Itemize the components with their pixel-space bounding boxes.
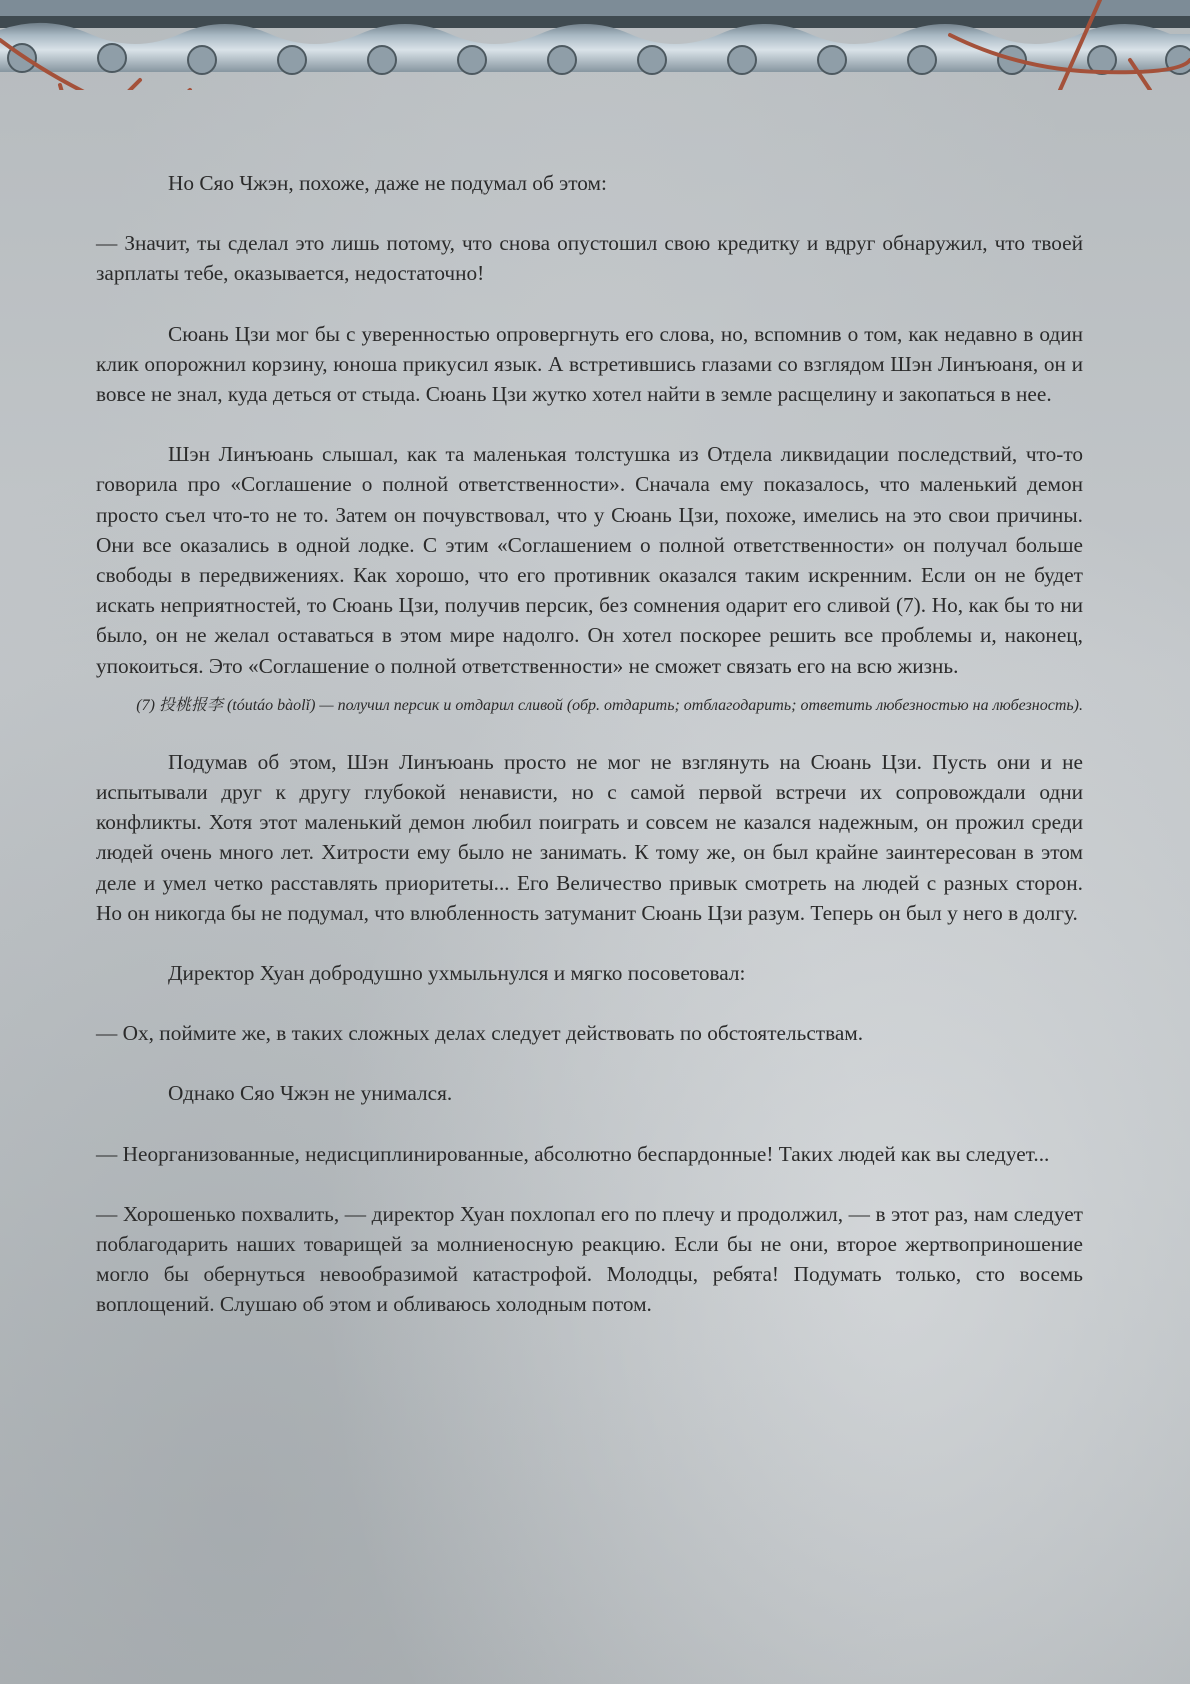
paragraph: Подумав об этом, Шэн Линъюань просто не …	[96, 747, 1083, 928]
document-page: Но Сяо Чжэн, похоже, даже не подумал об …	[96, 168, 1083, 1320]
paragraph: — Неорганизованные, недисциплинированные…	[96, 1139, 1083, 1169]
paragraph: Однако Сяо Чжэн не унимался.	[96, 1078, 1083, 1108]
footnote: (7) 投桃报李 (tóutáo bàolǐ) — получил персик…	[96, 695, 1083, 717]
paragraph: Сюань Цзи мог бы с уверенностью опроверг…	[96, 319, 1083, 410]
paragraph: — Значит, ты сделал это лишь потому, что…	[96, 228, 1083, 288]
paragraph: Директор Хуан добродушно ухмыльнулся и м…	[96, 958, 1083, 988]
paragraph: — Ох, поймите же, в таких сложных делах …	[96, 1018, 1083, 1048]
roof-tiles-decoration	[0, 0, 1190, 90]
paragraph: Шэн Линъюань слышал, как та маленькая то…	[96, 439, 1083, 681]
paragraph: — Хорошенько похвалить, — директор Хуан …	[96, 1199, 1083, 1320]
paragraph: Но Сяо Чжэн, похоже, даже не подумал об …	[96, 168, 1083, 198]
